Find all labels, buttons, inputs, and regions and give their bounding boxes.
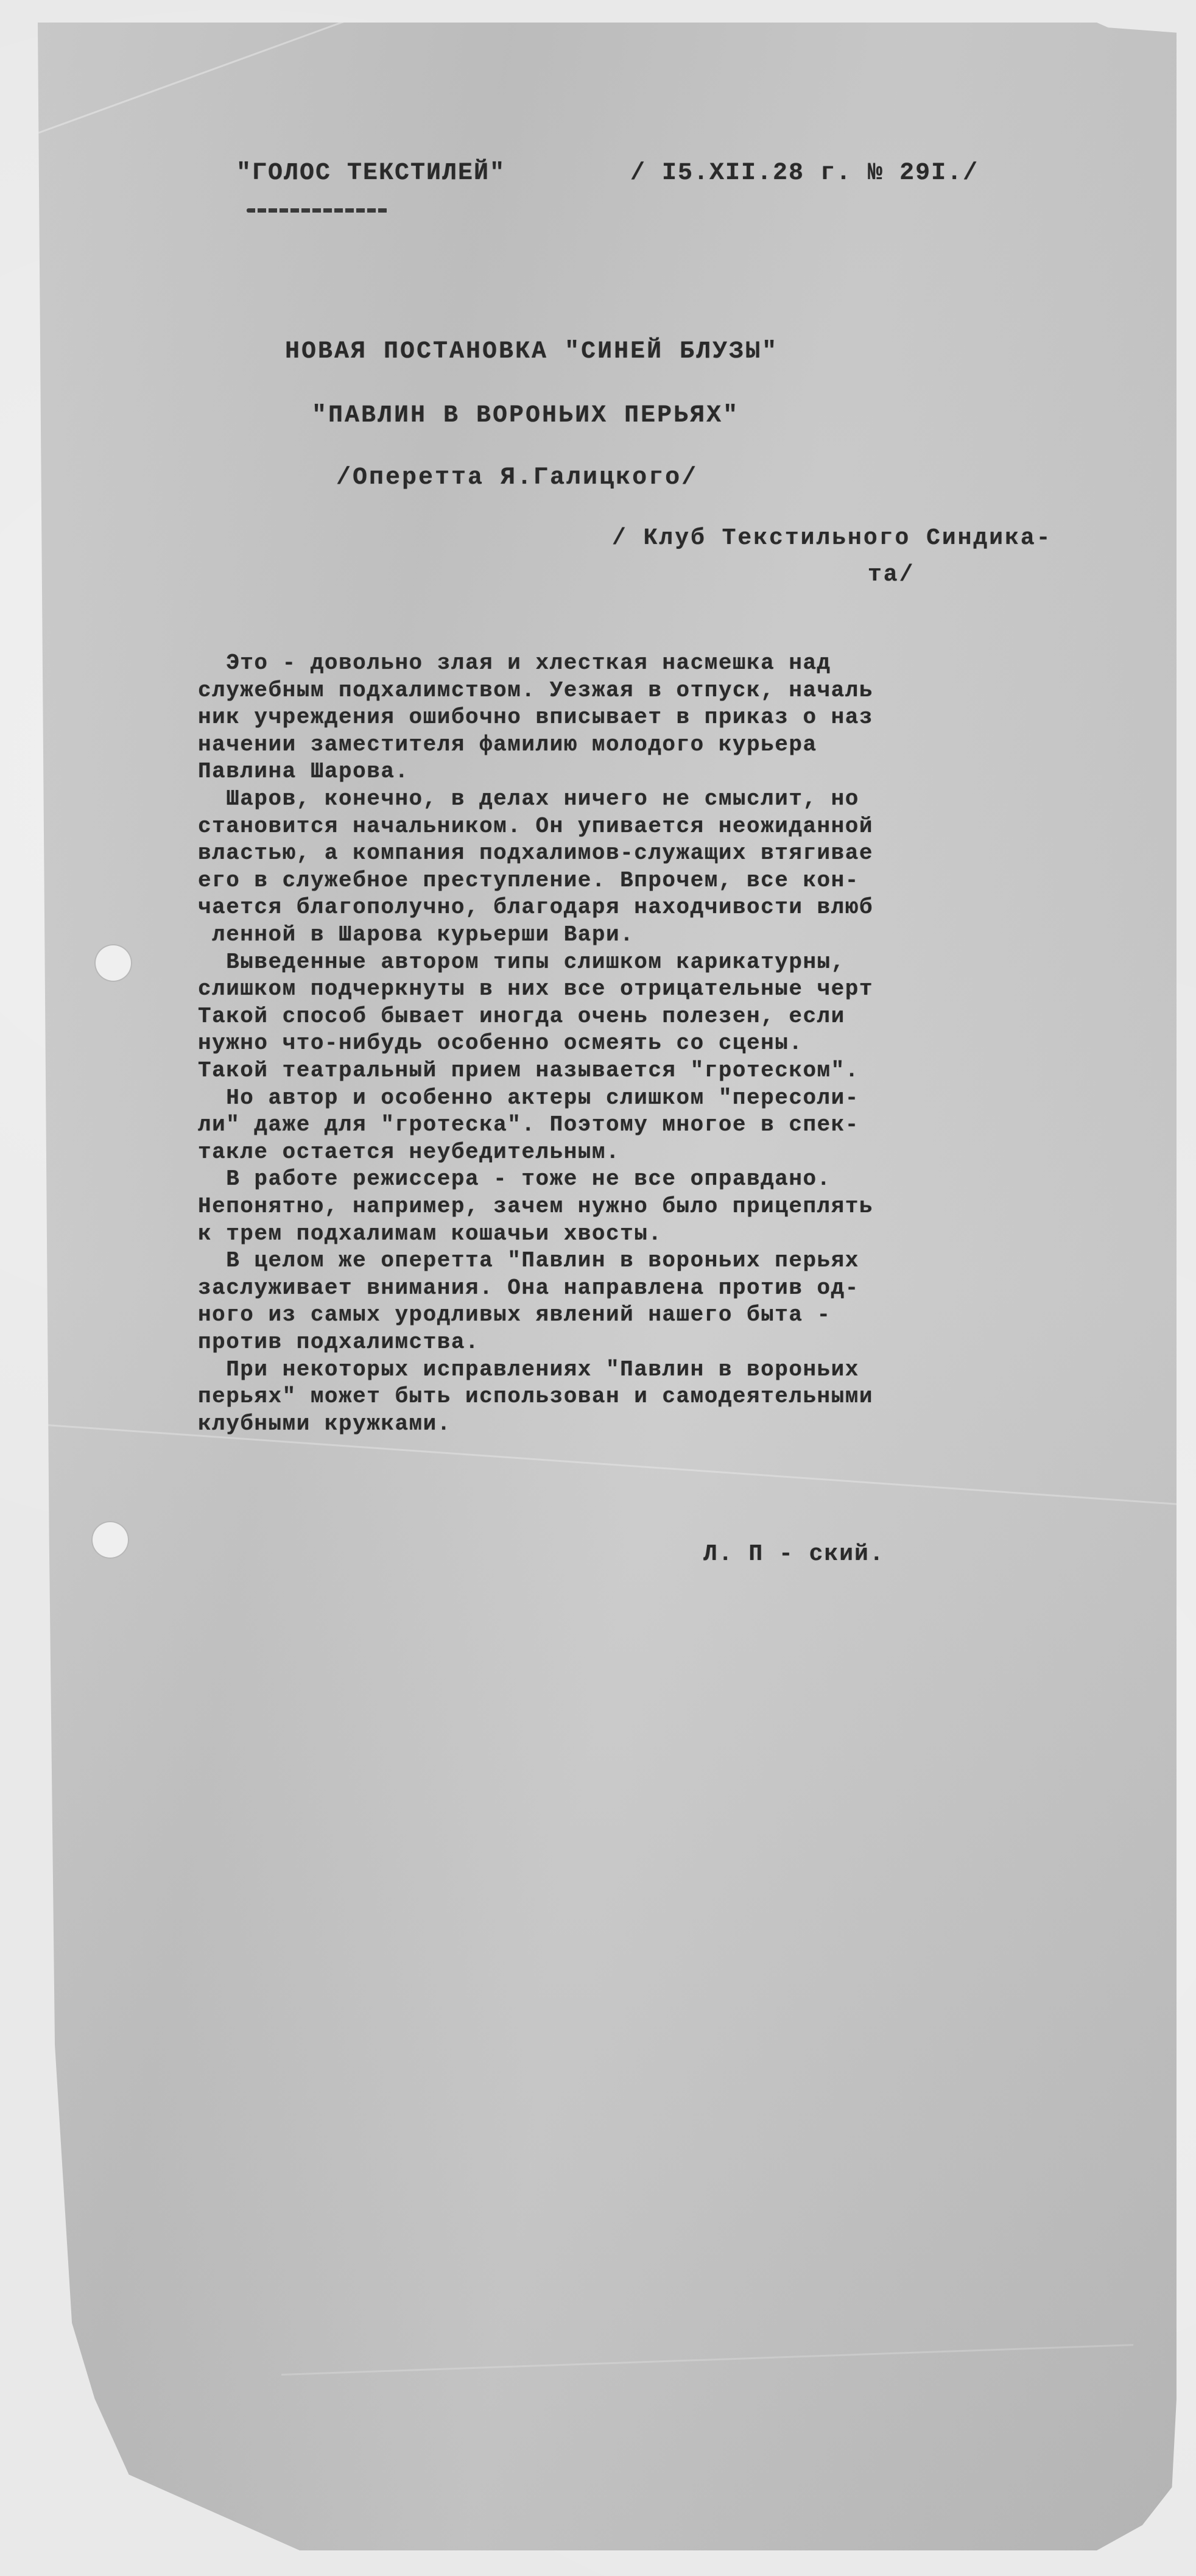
paper-crease xyxy=(281,2344,1133,2376)
body-line: В работе режиссера - тоже не все оправда… xyxy=(198,1166,831,1191)
publication-underline xyxy=(247,208,388,213)
punch-hole-bottom xyxy=(91,1521,129,1559)
paper-crease xyxy=(37,0,438,134)
body-line: заслуживает внимания. Она направлена про… xyxy=(198,1276,859,1300)
body-line: Но автор и особенно актеры слишком "пере… xyxy=(198,1085,859,1110)
body-line: чается благополучно, благодаря находчиво… xyxy=(198,895,873,920)
author-signature: Л. П - ский. xyxy=(703,1541,885,1567)
body-line: ник учреждения ошибочно вписывает в прик… xyxy=(198,705,873,730)
body-line: нужно что-нибудь особенно осмеять со сце… xyxy=(198,1031,803,1056)
publication-name: "ГОЛОС ТЕКСТИЛЕЙ" xyxy=(236,160,505,187)
body-line: Такой театральный прием называется "грот… xyxy=(198,1058,859,1083)
body-line: его в служебное преступление. Впрочем, в… xyxy=(198,868,859,893)
article-subtitle: /Оперетта Я.Галицкого/ xyxy=(336,464,698,492)
body-line: Это - довольно злая и хлесткая насмешка … xyxy=(198,651,831,676)
body-line: Павлина Шарова. xyxy=(198,759,409,784)
body-line: ленной в Шарова курьерши Вари. xyxy=(198,922,634,947)
body-line: При некоторых исправлениях "Павлин в вор… xyxy=(198,1357,859,1382)
punch-hole-top xyxy=(94,944,132,982)
article-title-line1: НОВАЯ ПОСТАНОВКА "СИНЕЙ БЛУЗЫ" xyxy=(285,338,778,365)
venue-line1: / Клуб Текстильного Синдика- xyxy=(612,525,1052,551)
body-line: Такой способ бывает иногда очень полезен… xyxy=(198,1004,845,1029)
body-line: Выведенные автором типы слишком карикату… xyxy=(198,950,845,975)
body-line: слишком подчеркнуты в них все отрицатель… xyxy=(198,976,873,1001)
article-title-line2: "ПАВЛИН В ВОРОНЬИХ ПЕРЬЯХ" xyxy=(312,402,739,429)
body-line: Непонятно, например, зачем нужно было пр… xyxy=(198,1194,873,1219)
venue-line2: та/ xyxy=(868,562,915,588)
body-line: ли" даже для "гротеска". Поэтому многое … xyxy=(198,1112,859,1137)
body-line: к трем подхалимам кошачьи хвосты. xyxy=(198,1221,662,1246)
body-line: перьях" может быть использован и самодея… xyxy=(198,1384,873,1409)
body-line: В целом же оперетта "Павлин в вороньих п… xyxy=(198,1248,859,1273)
body-line: властью, а компания подхалимов-служащих … xyxy=(198,841,873,866)
body-line: Шаров, конечно, в делах ничего не смысли… xyxy=(198,786,859,811)
body-line: такле остается неубедительным. xyxy=(198,1140,620,1165)
body-line: ного из самых уродливых явлений нашего б… xyxy=(198,1302,831,1327)
body-line: служебным подхалимством. Уезжая в отпуск… xyxy=(198,678,873,703)
body-line: начении заместителя фамилию молодого кур… xyxy=(198,732,817,757)
body-line: становится начальником. Он упивается нео… xyxy=(198,814,873,839)
issue-date-number: / I5.XII.28 г. № 29I./ xyxy=(630,160,979,187)
body-line: против подхалимства. xyxy=(198,1330,479,1355)
body-line: клубными кружками. xyxy=(198,1411,451,1436)
